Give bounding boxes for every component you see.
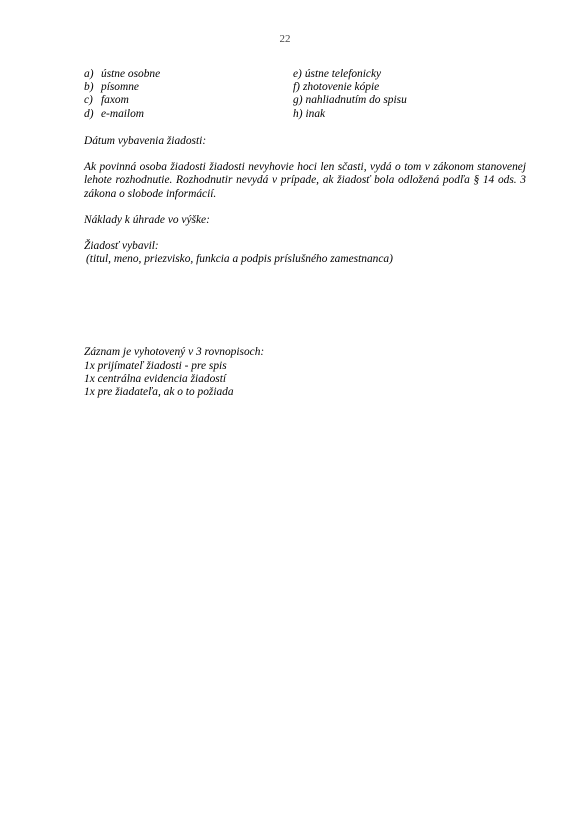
option-label: ústne osobne — [101, 68, 160, 80]
option-letter: d) — [84, 108, 101, 121]
option-letter: g) — [293, 94, 303, 107]
record-copy-item: 1x prijímateľ žiadosti - pre spis — [84, 360, 526, 373]
option-letter: e) — [293, 68, 302, 81]
option-letter: a) — [84, 68, 101, 81]
option-letter: f) — [293, 81, 300, 94]
options-right-column: e)ústne telefonicky f)zhotovenie kópie g… — [293, 68, 407, 121]
option-label: ústne telefonicky — [305, 68, 381, 80]
option-label: písomne — [101, 81, 139, 93]
option-item: h)inak — [293, 108, 407, 121]
record-copy-item: 1x centrálna evidencia žiadostí — [84, 373, 526, 386]
decision-paragraph: Ak povinná osoba žiadosti žiadosti nevyh… — [84, 161, 526, 201]
option-item: g)nahliadnutím do spisu — [293, 94, 407, 107]
record-heading: Záznam je vyhotovený v 3 rovnopisoch: — [84, 346, 526, 359]
option-item: a)ústne osobne — [84, 68, 160, 81]
option-item: c)faxom — [84, 94, 160, 107]
option-letter: c) — [84, 94, 101, 107]
option-label: nahliadnutím do spisu — [306, 94, 407, 106]
document-body: a)ústne osobne b)písomne c)faxom d)e-mai… — [84, 68, 526, 399]
option-item: e)ústne telefonicky — [293, 68, 407, 81]
option-letter: h) — [293, 108, 303, 121]
costs-label: Náklady k úhrade vo výške: — [84, 214, 526, 227]
option-item: f)zhotovenie kópie — [293, 81, 407, 94]
option-label: inak — [306, 108, 326, 120]
option-label: e-mailom — [101, 108, 144, 120]
page-number: 22 — [0, 33, 570, 45]
signature-note: (titul, meno, priezvisko, funkcia a podp… — [84, 253, 526, 266]
record-copy-item: 1x pre žiadateľa, ak o to požiada — [84, 386, 526, 399]
options-left-column: a)ústne osobne b)písomne c)faxom d)e-mai… — [84, 68, 160, 121]
delivery-options: a)ústne osobne b)písomne c)faxom d)e-mai… — [84, 68, 526, 122]
option-letter: b) — [84, 81, 101, 94]
option-label: faxom — [101, 94, 129, 106]
option-label: zhotovenie kópie — [303, 81, 379, 93]
option-item: d)e-mailom — [84, 108, 160, 121]
option-item: b)písomne — [84, 81, 160, 94]
handled-by-label: Žiadosť vybavil: — [84, 240, 526, 253]
date-label: Dátum vybavenia žiadosti: — [84, 135, 526, 148]
